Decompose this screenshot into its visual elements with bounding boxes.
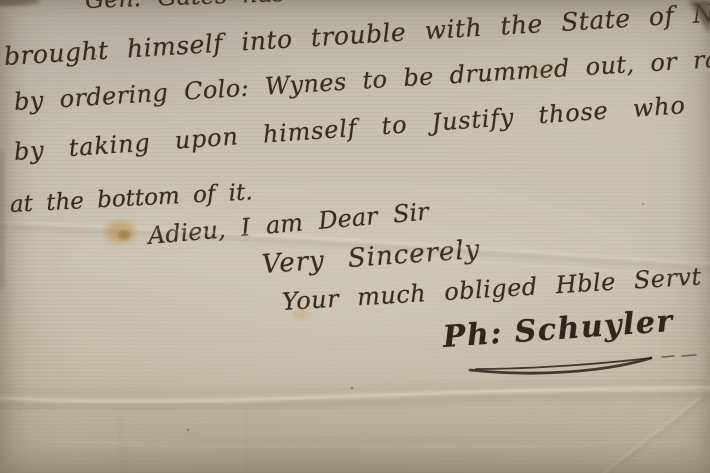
signature-flourish [470,355,696,373]
letter-photo: Gen: Gates has brought himself into trou… [0,0,710,473]
letter-line-body-4: at the bottom of it. [9,179,253,218]
signature: Ph: Schuyler [442,304,675,355]
letter-line-salutation: Gen: Gates has [85,0,286,14]
letter-line-closing-2: Very Sincerely [261,235,481,280]
letter-page: Gen: Gates has brought himself into trou… [0,0,710,473]
